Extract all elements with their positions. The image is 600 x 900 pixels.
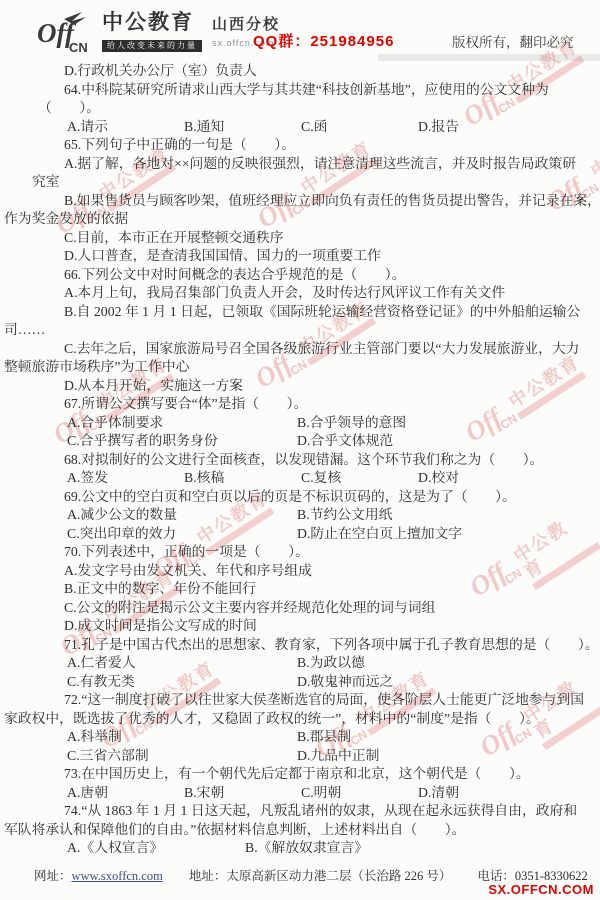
options-row: A.仁者爱人B.为政以德: [2, 654, 598, 673]
option-item: A.仁者爱人: [67, 654, 297, 673]
doc-line: 究室: [2, 173, 598, 192]
doc-line: 66.下列公文中对时间概念的表达合乎规范的是（ ）。: [2, 266, 598, 285]
option-item: C.合乎撰写者的职务身份: [67, 432, 297, 451]
option-item: D.校对: [418, 469, 535, 488]
doc-line: 74.“从 1863 年 1 月 1 日这天起，凡叛乱诸州的奴隶，从现在起永远获…: [2, 802, 598, 821]
option-item: B.郡县制: [297, 728, 527, 747]
option-item: D.合乎文体规范: [297, 432, 527, 451]
logo-brand-name: 中公教育: [102, 11, 202, 35]
doc-line: 67.所谓公文撰写要合“体”是指（ ）。: [2, 395, 598, 414]
option-item: C.复核: [301, 469, 418, 488]
option-item: D.敬鬼神而远之: [297, 673, 527, 692]
option-item: D.报告: [418, 118, 535, 137]
qq-group-label: QQ群：251984956: [253, 30, 394, 51]
footer-brand-url: SX.OFFCN.COM: [488, 882, 594, 897]
option-item: C.明朝: [301, 784, 418, 803]
doc-line: C.去年之后，国家旅游局号召全国各级旅游行业主管部门要以“大力发展旅游业，大力: [2, 340, 598, 359]
option-item: C.有教无类: [67, 673, 297, 692]
doc-line: 作为奖金发放的依据: [2, 210, 598, 229]
option-item: D.防止在空白页上擅加文字: [297, 525, 527, 544]
option-item: A.减少公文的数量: [67, 506, 297, 525]
option-item: A.唐朝: [67, 784, 184, 803]
options-row: A.签发B.核稿C.复核D.校对: [2, 469, 598, 488]
options-row: C.突出印章的效力D.防止在空白页上擅加文字: [2, 525, 598, 544]
footer-site-label: 网址：: [34, 869, 72, 883]
option-item: C.三省六部制: [67, 747, 297, 766]
doc-line: A.据了解，各地对××问题的反映很强烈，请注意清理这些流言，并及时报告局政策研: [2, 155, 598, 174]
option-item: B.合乎领导的意图: [297, 414, 527, 433]
doc-line: 64.中科院某研究所请求山西大学与其共建“科技创新基地”，应使用的公文文种为: [2, 81, 598, 100]
offcn-swoosh-icon: Off CN: [36, 11, 100, 55]
doc-line: 68.对拟制好的公文进行全面核查，以发现错漏。这个环节我们称之为（ ）。: [2, 451, 598, 470]
copyright-note: 版权所有，翻印必究: [452, 31, 574, 51]
doc-line: B.如果售货员与顾客吵架，值班经理应立即向负有责任的售货员提出警告，并记录在案，: [2, 192, 598, 211]
doc-line: 71.孔子是中国古代杰出的思想家、教育家，下列各项中属于孔子教育思想的是（ ）。: [2, 636, 598, 655]
options-row: C.有教无类D.敬鬼神而远之: [2, 673, 598, 692]
offcn-logo: Off CN 中公教育 给人改变未来的力量 山西分校 sx.offcn.com: [36, 11, 280, 55]
option-item: D.九品中正制: [297, 747, 527, 766]
options-row: A.科举制B.郡县制: [2, 728, 598, 747]
doc-line: 司……: [2, 321, 598, 340]
options-row: A.减少公文的数量B.节约公文用纸: [2, 506, 598, 525]
doc-line: C.目前，本市正在开展整顿交通秩序: [2, 229, 598, 248]
doc-line: D.成文时间是指公文写成的时间: [2, 617, 598, 636]
doc-line: A.发文字号由发文机关、年代和序号组成: [2, 562, 598, 581]
options-row: A.《人权宣言》B.《解放奴隶宣言》: [2, 839, 598, 858]
doc-line: 72.“这一制度打破了以往世家大侯垄断选官的局面，使各阶层人士能更广泛地参与到国: [2, 691, 598, 710]
doc-line: 家政权中，既选拔了优秀的人才，又稳固了政权的统一”，材料中的“制度”是指（ ）。: [2, 710, 598, 729]
option-item: B.为政以德: [297, 654, 527, 673]
doc-line: A.本月上旬，我局召集部门负责人开会，及时传达行风评议工作有关文件: [2, 284, 598, 303]
footer-address: 地址：太原高新区动力港二层（长治路 226 号）: [189, 869, 452, 883]
logo-slogan: 给人改变未来的力量: [102, 40, 202, 52]
options-row: C.合乎撰写者的职务身份D.合乎文体规范: [2, 432, 598, 451]
doc-line: 73.在中国历史上，有一个朝代先后定都于南京和北京，这个朝代是（ ）。: [2, 765, 598, 784]
footer-site-link[interactable]: www.sxoffcn.com: [72, 869, 163, 883]
doc-line: 整顿旅游市场秩序”为工作中心: [2, 358, 598, 377]
doc-line: 军队将承认和保障他们的自由。”依据材料信息判断，上述材料出自（ ）。: [2, 821, 598, 840]
doc-line: D.行政机关办公厅（室）负责人: [2, 62, 598, 81]
doc-line: 65.下列句子中正确的一句是（ ）。: [2, 136, 598, 155]
option-item: C.突出印章的效力: [67, 525, 297, 544]
options-row: A.合乎体制要求B.合乎领导的意图: [2, 414, 598, 433]
svg-text:CN: CN: [69, 40, 88, 55]
doc-line: B.正文中的数字、年份不能回行: [2, 580, 598, 599]
footer-phone: 电话：0351-8330622: [477, 869, 587, 883]
header: Off CN 中公教育 给人改变未来的力量 山西分校 sx.offcn.com …: [0, 0, 600, 60]
option-item: A.科举制: [67, 728, 297, 747]
options-row: A.唐朝B.宋朝C.明朝D.清朝: [2, 784, 598, 803]
doc-line: 70.下列表述中，正确的一项是（ ）。: [2, 543, 598, 562]
exam-page: OffCN中公教育OffCN中公教育OffCN中公教育OffCN中公教育OffC…: [0, 0, 600, 900]
option-item: B.通知: [184, 118, 301, 137]
option-item: A.合乎体制要求: [67, 414, 297, 433]
logo-main: 中公教育 给人改变未来的力量: [102, 11, 202, 53]
document-body: D.行政机关办公厅（室）负责人64.中科院某研究所请求山西大学与其共建“科技创新…: [0, 62, 600, 858]
option-item: B.宋朝: [184, 784, 301, 803]
doc-line: （ ）。: [2, 99, 598, 118]
option-item: A.签发: [67, 469, 184, 488]
option-item: A.请示: [67, 118, 184, 137]
option-item: C.函: [301, 118, 418, 137]
doc-line: B.自 2002 年 1 月 1 日起，已领取《国际班轮运输经营资格登记证》的中…: [2, 303, 598, 322]
option-item: A.《人权宣言》: [67, 839, 245, 858]
option-item: B.核稿: [184, 469, 301, 488]
options-row: C.三省六部制D.九品中正制: [2, 747, 598, 766]
doc-line: D.人口普查，是查清我国国情、国力的一项重要工作: [2, 247, 598, 266]
doc-line: C.公文的附注是揭示公文主要内容并经规范化处理的词与词组: [2, 599, 598, 618]
option-item: B.节约公文用纸: [297, 506, 527, 525]
option-item: B.《解放奴隶宣言》: [245, 839, 423, 858]
option-item: D.清朝: [418, 784, 535, 803]
options-row: A.请示B.通知C.函D.报告: [2, 118, 598, 137]
doc-line: D.从本月开始，实施这一方案: [2, 377, 598, 396]
doc-line: 69.公文中的空白页和空白页以后的页是不标识页码的，这是为了（ ）。: [2, 488, 598, 507]
